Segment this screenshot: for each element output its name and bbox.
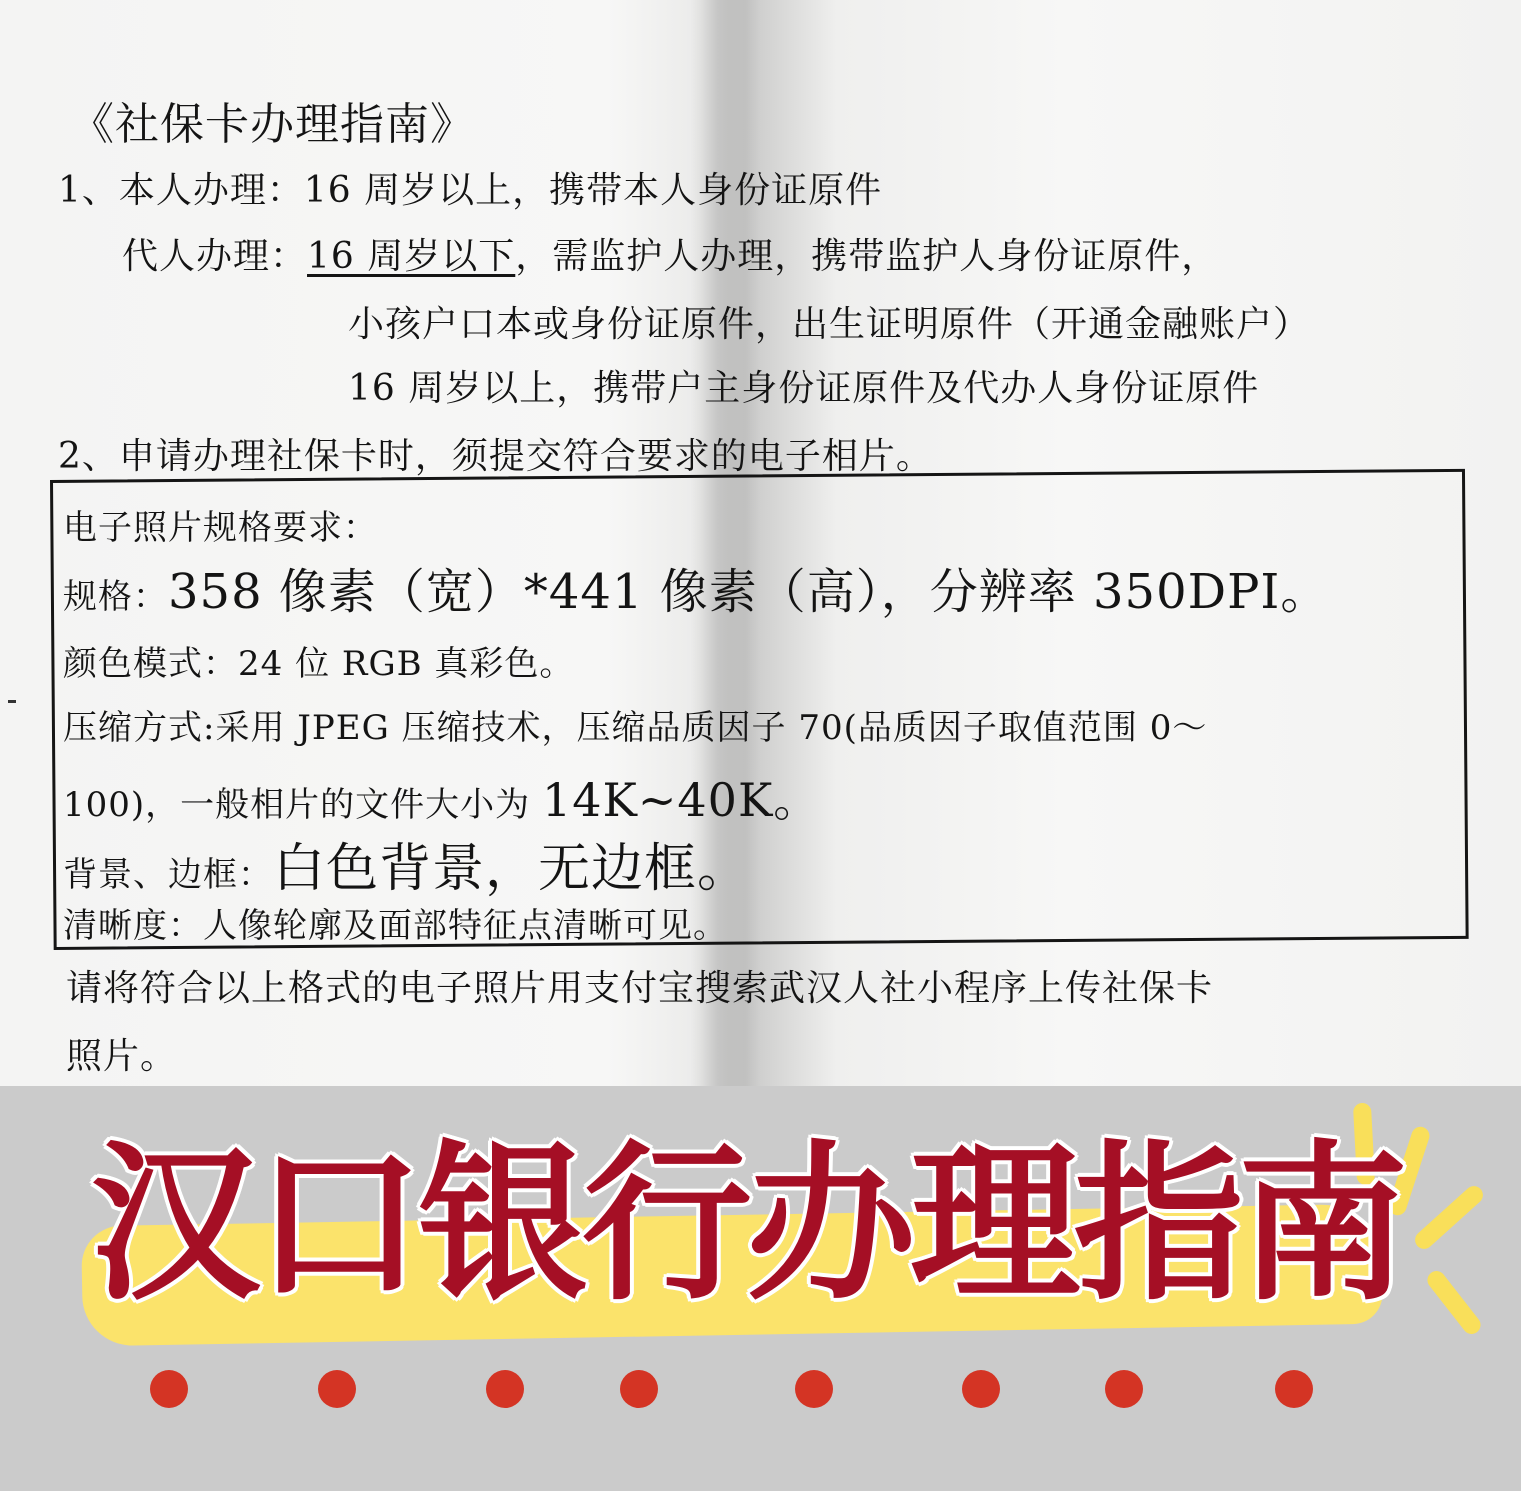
spec-color-mode: 颜色模式：24 位 RGB 真彩色。 (63, 636, 574, 685)
spec-file-size: 14K~40K。 (542, 773, 820, 827)
proxy-line2: 小孩户口本或身份证原件，出生证明原件（开通金融账户） (348, 296, 1310, 347)
item1-proxy: 代人办理：16 周岁以下，需监护人办理，携带监护人身份证原件， (122, 228, 1218, 279)
spec-heading: 电子照片规格要求： (63, 500, 378, 549)
document-photo: 《社保卡办理指南》 1、本人办理：16 周岁以上，携带本人身份证原件 代人办理：… (0, 0, 1521, 1086)
item2-photo-requirement: 2、申请办理社保卡时，须提交符合要求的电子相片。 (58, 428, 933, 479)
document-title: 《社保卡办理指南》 (70, 88, 475, 152)
spec-clarity: 清晰度：人像轮廓及面部特征点清晰可见。 (63, 898, 728, 947)
dot-icon (962, 1370, 1000, 1408)
dot-icon (150, 1370, 188, 1408)
spec-background-label: 背景、边框： (63, 855, 273, 895)
spec-compression-line2: 100)，一般相片的文件大小为 14K~40K。 (63, 764, 820, 830)
proxy-label: 代人办理： (122, 236, 307, 277)
dot-icon (1275, 1370, 1313, 1408)
margin-mark (8, 700, 16, 703)
upload-note-line1: 请将符合以上格式的电子照片用支付宝搜索武汉人社小程序上传社保卡 (66, 960, 1213, 1011)
dot-icon (486, 1370, 524, 1408)
spec-compression-prefix: 100)，一般相片的文件大小为 (63, 785, 542, 825)
banner-title: 汉口银行办理指南 (90, 1140, 1390, 1310)
spec-compression-line1: 压缩方式:采用 JPEG 压缩技术，压缩品质因子 70(品质因子取值范围 0～ (63, 700, 1207, 749)
item1-self: 1、本人办理：16 周岁以上，携带本人身份证原件 (58, 162, 882, 213)
dot-icon (318, 1370, 356, 1408)
spec-background: 背景、边框：白色背景，无边框。 (63, 826, 750, 901)
proxy-underlined-age: 16 周岁以下 (307, 236, 515, 277)
dot-icon (620, 1370, 658, 1408)
spec-size: 规格：358 像素（宽）*441 像素（高），分辨率 350DPI。 (63, 553, 1329, 622)
item1-text: 16 周岁以上，携带本人身份证原件 (304, 170, 882, 211)
spec-size-label: 规格： (63, 577, 168, 617)
upload-note-line2: 照片。 (66, 1028, 177, 1079)
decorative-dots (150, 1370, 1350, 1410)
proxy-rest: ，需监护人办理，携带监护人身份证原件， (515, 236, 1218, 277)
proxy-line3: 16 周岁以上，携带户主身份证原件及代办人身份证原件 (348, 360, 1259, 411)
spec-size-value: 358 像素（宽）*441 像素（高），分辨率 350DPI。 (168, 564, 1329, 620)
spec-background-value: 白色背景，无边框。 (273, 839, 750, 899)
item1-prefix: 1、本人办理： (58, 170, 304, 211)
dot-icon (795, 1370, 833, 1408)
dot-icon (1105, 1370, 1143, 1408)
